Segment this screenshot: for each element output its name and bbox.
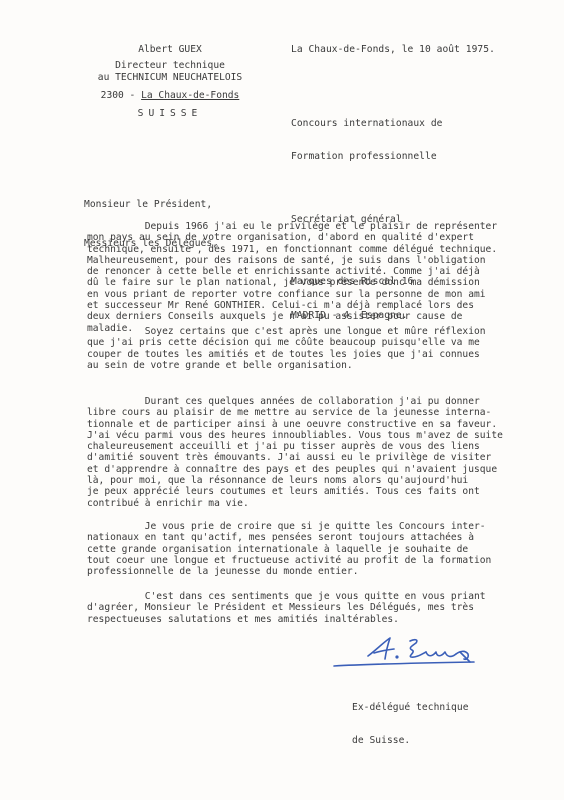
recipient-line: Concours internationaux de — [291, 118, 442, 129]
letter-date: La Chaux-de-Fonds, le 10 août 1975. — [291, 44, 495, 55]
sender-institution: au TECHNICUM NEUCHATELOIS — [60, 72, 280, 83]
sender-postcode: 2300 - — [101, 90, 141, 101]
closing-line: Ex-délégué technique — [352, 702, 469, 713]
closing-line: de Suisse. — [352, 735, 469, 746]
letter-page: Albert GUEX Directeur technique au TECHN… — [0, 0, 564, 800]
sender-block: Albert GUEX Directeur technique au TECHN… — [60, 44, 280, 119]
body-paragraph-4: Je vous prie de croire que si je quitte … — [87, 521, 527, 577]
sender-title: Directeur technique — [60, 60, 280, 71]
salutation-line: Monsieur le Président, — [84, 199, 218, 210]
sender-name: Albert GUEX — [60, 44, 280, 55]
sender-city: La Chaux-de-Fonds — [141, 90, 239, 101]
closing-block: Ex-délégué technique de Suisse. — [352, 679, 469, 769]
body-paragraph-5: C'est dans ces sentiments que je vous qu… — [87, 591, 527, 625]
body-paragraph-2: Soyez certains que c'est après une longu… — [87, 326, 527, 371]
sender-country: SUISSE — [60, 108, 280, 119]
handwritten-signature-icon — [328, 632, 488, 672]
body-paragraph-1: Depuis 1966 j'ai eu le privilège et le p… — [87, 221, 527, 334]
recipient-line: Formation professionnelle — [291, 151, 442, 162]
sender-address: 2300 - La Chaux-de-Fonds — [60, 90, 280, 101]
body-paragraph-3: Durant ces quelques années de collaborat… — [87, 396, 527, 509]
